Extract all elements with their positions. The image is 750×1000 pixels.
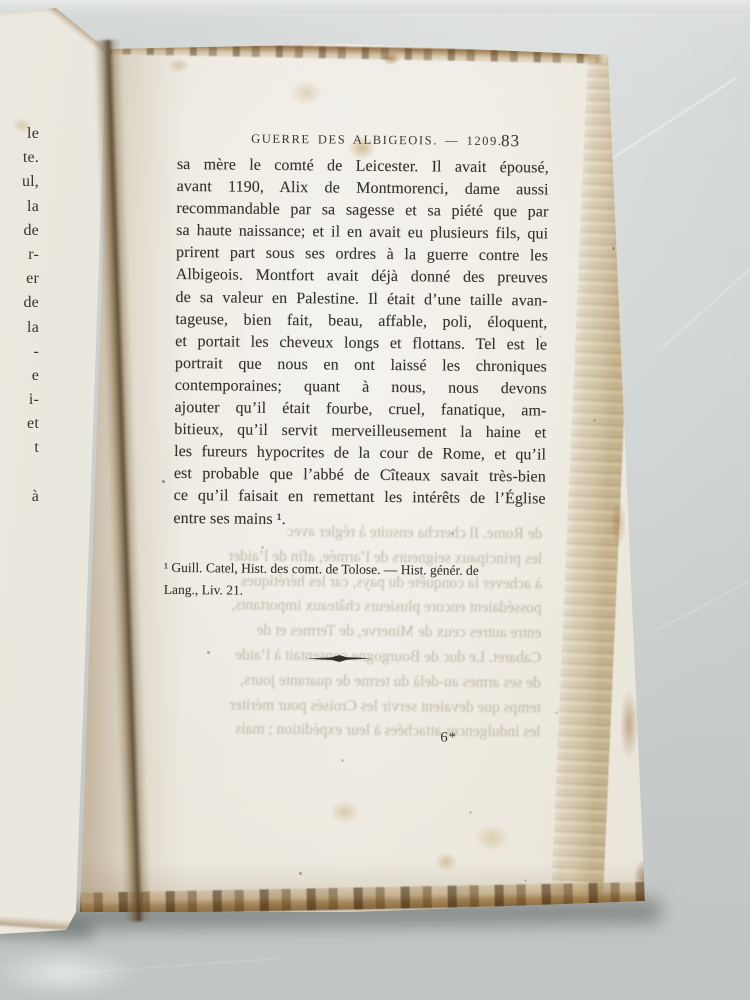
body-text-line: Albigeois. Montfort avait déjà donné des…: [176, 264, 548, 290]
left-page-text-fragment: le: [0, 122, 39, 146]
surface-scratch: [610, 77, 737, 160]
left-page-text-fragment: et: [0, 412, 39, 436]
surface-scratch: [655, 570, 750, 632]
body-text-line: de sa valeur en Palestine. Il était d’un…: [175, 287, 547, 313]
spindle-rule-divider-icon: [306, 649, 372, 668]
left-page-text-fragment: [0, 461, 39, 485]
left-page-text-fragment: t: [0, 436, 39, 460]
left-page-text-fragment: de: [0, 219, 39, 243]
left-page-text-fragment: de: [0, 291, 39, 315]
left-page-text-fragment: te.: [0, 146, 39, 170]
running-header: GUERRE DES ALBIGEOIS. — 1209.: [251, 132, 503, 149]
bleedthrough-line: les indulgences attachées à leur expédit…: [164, 717, 540, 745]
bleedthrough-line: entre autres ceux de Minerve, de Termes …: [165, 618, 541, 646]
body-text-line: entre ses mains ¹.: [173, 507, 545, 533]
footnote: ¹ Guill. Catel, Hist. des comt. de Tolos…: [164, 557, 544, 604]
left-page-text-fragment: la: [0, 195, 39, 219]
left-page-text-fragment: r-: [0, 243, 39, 267]
bleedthrough-text: de Rome. Il chercha ensuite à régler ave…: [164, 519, 542, 746]
surface-smudge: [0, 948, 140, 998]
bleedthrough-line: temps que devaient servir les Croisés po…: [165, 692, 541, 720]
footnote-line: ¹ Guill. Catel, Hist. des comt. de Tolos…: [164, 557, 544, 582]
footnote-line: Lang., Liv. 21.: [164, 578, 544, 603]
left-page-text-fragment: i-: [0, 388, 39, 412]
signature-mark: 6*: [440, 730, 457, 747]
bleedthrough-line: de ses armes au-delà du terme de quarant…: [165, 668, 541, 696]
book-photograph: le te. ul, la de r- er de la - e i-: [0, 0, 750, 1000]
body-text-line: tageuse, bien fait, beau, affable, poli,…: [175, 309, 547, 335]
body-text-line: ce qu’il faisait en remettant les intérê…: [174, 485, 546, 511]
left-page-text-fragment: à: [0, 485, 39, 509]
body-text: sa mère le comté de Leicester. Il avait …: [173, 154, 549, 533]
left-page-text-fragment: e: [0, 364, 39, 388]
left-page-text-fragment: er: [0, 267, 39, 291]
page-number: 83: [501, 131, 520, 151]
surface-scratch: [659, 230, 750, 351]
left-page-text-fragment: -: [0, 340, 39, 364]
left-page-text-fragment: la: [0, 316, 39, 340]
background-light-band: [0, 0, 750, 13]
left-page-text-fragment: ul,: [0, 170, 39, 194]
left-page-line-endings: le te. ul, la de r- er de la - e i-: [0, 122, 42, 509]
